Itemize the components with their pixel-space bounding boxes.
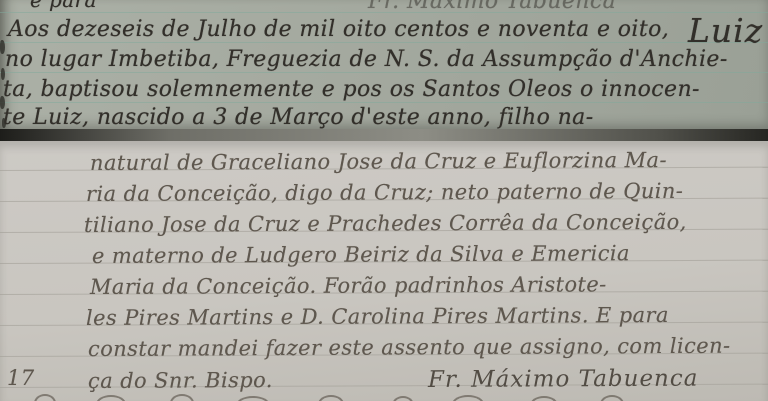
record-text-line: ria da Conceição, digo da Cruz; neto pat… <box>86 181 683 205</box>
previous-signature-fragment: Fr. Máximo Tabuenca <box>368 0 616 13</box>
record-text-line: les Pires Martins e D. Carolina Pires Ma… <box>86 305 669 329</box>
record-text-line: e materno de Ludgero Beiriz da Silva e E… <box>92 243 630 267</box>
record-text-line: te Luiz, nascido a 3 de Março d'este ann… <box>3 107 594 129</box>
record-text-line: no lugar Imbetiba, Freguezia de N. S. da… <box>5 49 728 71</box>
priest-signature: Fr. Máximo Tabuenca <box>428 368 699 392</box>
record-text-line: tiliano Jose da Cruz e Prachedes Corrêa … <box>84 212 687 236</box>
scanned-manuscript-page: e para Fr. Máximo Tabuenca Aos dezeseis … <box>0 0 768 401</box>
record-text-line: Maria da Conceição. Forão padrinhos Aris… <box>90 274 607 298</box>
record-text-line: Aos dezeseis de Julho de mil oito centos… <box>8 19 669 41</box>
ruled-line <box>0 42 768 43</box>
record-text-line: natural de Graceliano Jose da Cruz e Euf… <box>90 150 667 174</box>
record-text-line: ta, baptisou solemnemente e pos os Santo… <box>3 79 700 101</box>
margin-record-number: 17 <box>7 368 35 389</box>
record-text-line: ça do Snr. Bispo. <box>88 370 273 392</box>
child-name-flourish: Luiz <box>688 14 763 47</box>
previous-record-fragment: e para <box>30 0 97 10</box>
ruled-line <box>0 72 768 73</box>
record-text-line: constar mandei fazer este assento que as… <box>88 336 731 360</box>
ruled-line <box>0 102 768 103</box>
